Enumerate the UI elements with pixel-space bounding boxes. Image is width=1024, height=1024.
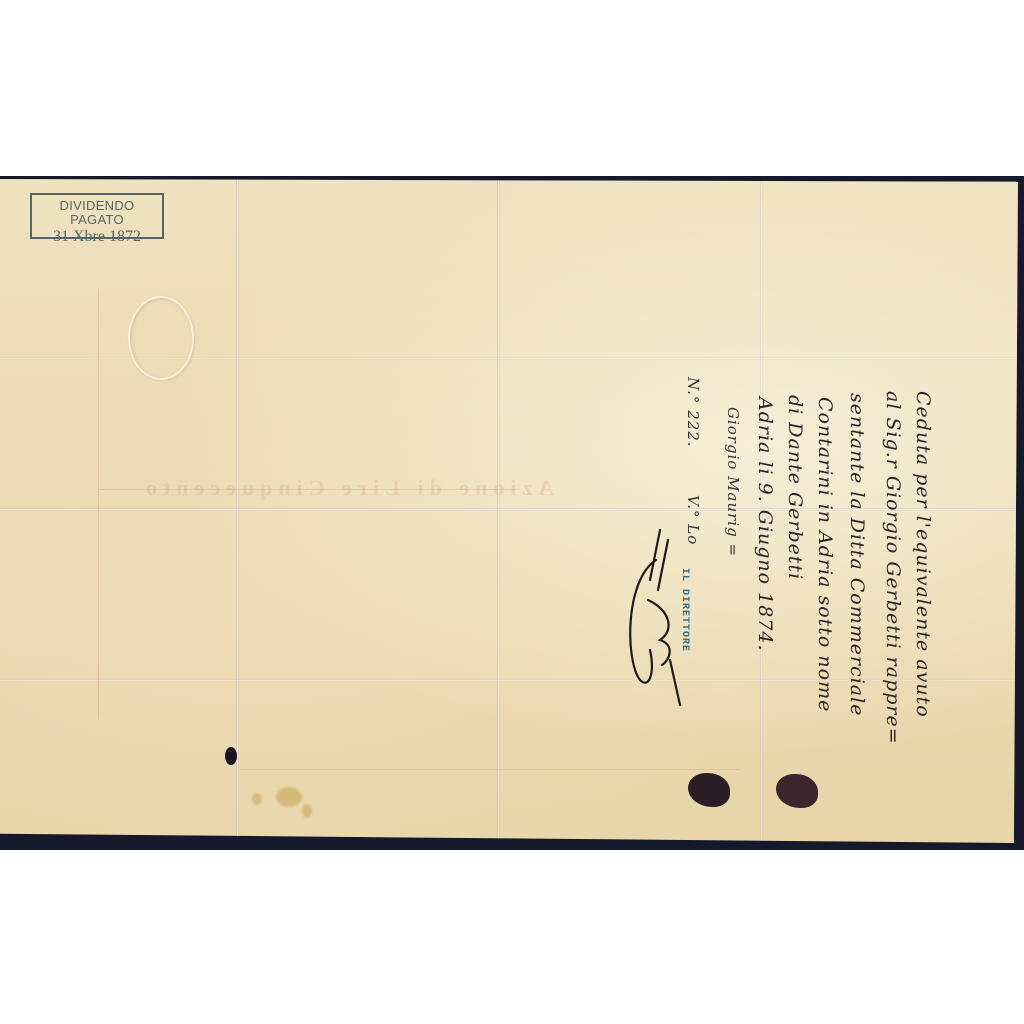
bleed-through-rule	[98, 289, 99, 719]
handwritten-line: sentante la Ditta Commerciale	[846, 393, 868, 716]
handwritten-witness: Giorgio Maurig =	[724, 407, 742, 557]
document-paper: Azione di Lire Cinquecento DIVIDENDO PAG…	[0, 179, 1018, 843]
handwritten-line: al Sig.r Giorgio Gerbetti rappre=	[882, 391, 904, 745]
fold-line	[236, 179, 239, 843]
signature-mark	[620, 520, 690, 710]
handwritten-line: Ceduta per l'equivalente avuto	[912, 391, 934, 718]
stain	[302, 804, 312, 818]
reference-number: N.° 222.	[684, 377, 702, 448]
stamp-line-2: 31 Xbre 1872	[32, 228, 162, 246]
ink-blot	[688, 773, 730, 807]
bleed-through-rule	[240, 769, 740, 770]
ink-spot	[225, 747, 237, 765]
ink-blot	[776, 774, 818, 808]
fold-line	[497, 179, 500, 843]
ghost-print-text: Azione di Lire Cinquecento	[140, 475, 554, 501]
handwritten-line: di Dante Gerbetti	[784, 395, 806, 580]
handwritten-date: Adria li 9. Giugno 1874.	[754, 397, 776, 652]
seal-icon	[128, 296, 194, 380]
stain	[252, 793, 262, 805]
stamp-line-1: DIVIDENDO PAGATO	[32, 199, 162, 228]
handwritten-line: Contarini in Adria sotto nome	[814, 397, 836, 712]
dividend-paid-stamp: DIVIDENDO PAGATO 31 Xbre 1872	[30, 193, 164, 239]
stain	[276, 787, 302, 807]
